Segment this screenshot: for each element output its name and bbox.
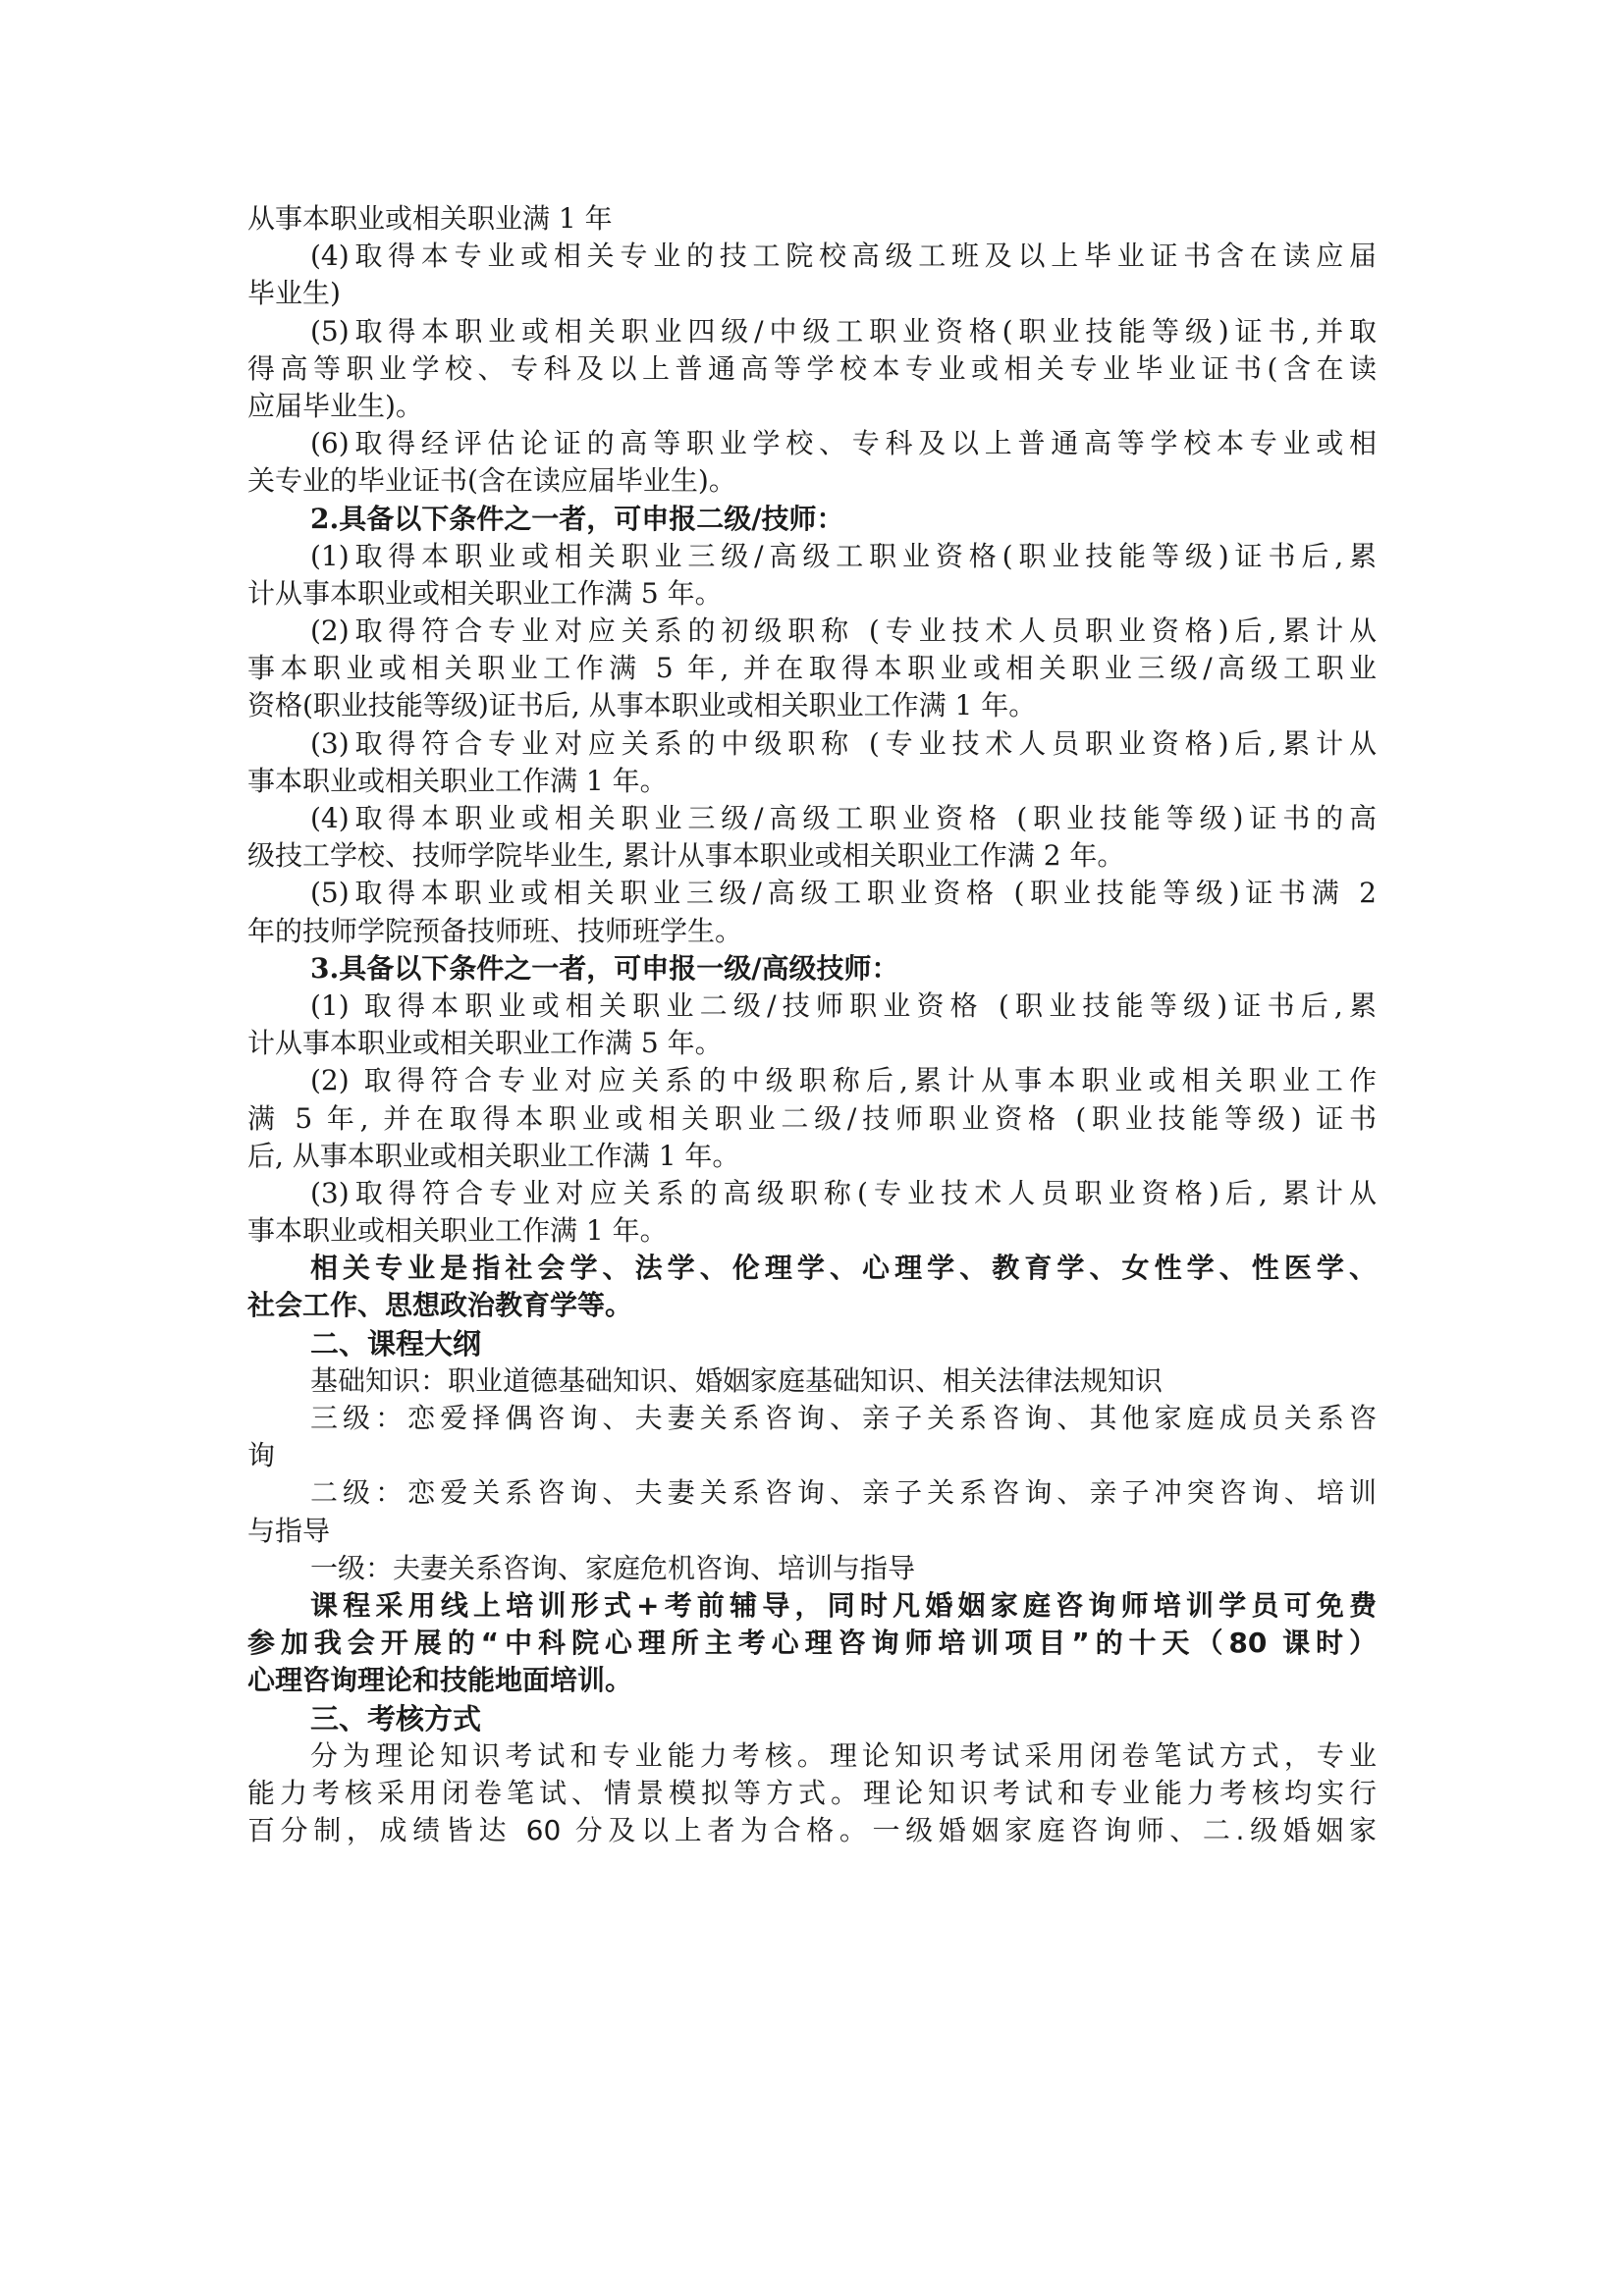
section-1-continued: 从事本职业或相关职业满 1 年 (4)取得本专业或相关专业的技工院校高级工班及以… (247, 200, 1377, 501)
text-line: (4)取得本专业或相关专业的技工院校高级工班及以上毕业证书含在读应届 (247, 238, 1377, 275)
text-line: 毕业生) (247, 275, 1377, 312)
section-heading: 二、课程大纲 (247, 1325, 1377, 1362)
text-line: 资格(职业技能等级)证书后, 从事本职业或相关职业工作满 1 年。 (247, 687, 1377, 724)
list-item: (3)取得符合专业对应关系的中级职称 (专业技术人员职业资格)后,累计从 事本职… (247, 725, 1377, 800)
course-outline-section: 二、课程大纲 基础知识：职业道德基础知识、婚姻家庭基础知识、相关法律法规知识 三… (247, 1325, 1377, 1700)
text-line: (4)取得本职业或相关职业三级/高级工职业资格 (职业技能等级)证书的高 (247, 800, 1377, 837)
list-item: (3)取得符合专业对应关系的高级职称(专业技术人员职业资格)后, 累计从 事本职… (247, 1175, 1377, 1250)
assessment-section: 三、考核方式 分为理论知识考试和专业能力考核。理论知识考试采用闭卷笔试方式，专业… (247, 1700, 1377, 1850)
level-1-paragraph: 一级：夫妻关系咨询、家庭危机咨询、培训与指导 (247, 1550, 1377, 1587)
text-line: 后, 从事本职业或相关职业工作满 1 年。 (247, 1138, 1377, 1175)
related-majors-paragraph: 相关专业是指社会学、法学、伦理学、心理学、教育学、女性学、性医学、 社会工作、思… (247, 1250, 1377, 1324)
text-line: 课程采用线上培训形式+考前辅导，同时凡婚姻家庭咨询师培训学员可免费 (247, 1587, 1377, 1625)
list-item: (4)取得本专业或相关专业的技工院校高级工班及以上毕业证书含在读应届 毕业生) (247, 238, 1377, 312)
text-line: 基础知识：职业道德基础知识、婚姻家庭基础知识、相关法律法规知识 (247, 1362, 1377, 1400)
text-line: 事本职业或相关职业工作满 5 年, 并在取得本职业或相关职业三级/高级工职业 (247, 650, 1377, 687)
text-line: 从事本职业或相关职业满 1 年 (247, 200, 1377, 238)
list-item: (2) 取得符合专业对应关系的中级职称后,累计从事本职业或相关职业工作 满 5 … (247, 1062, 1377, 1175)
text-line: (2) 取得符合专业对应关系的中级职称后,累计从事本职业或相关职业工作 (247, 1062, 1377, 1099)
text-line: 与指导 (247, 1513, 1377, 1550)
text-line: 级技工学校、技师学院毕业生, 累计从事本职业或相关职业工作满 2 年。 (247, 837, 1377, 875)
text-line: 应届毕业生)。 (247, 388, 1377, 425)
text-line: 事本职业或相关职业工作满 1 年。 (247, 763, 1377, 800)
document-page: 从事本职业或相关职业满 1 年 (4)取得本专业或相关专业的技工院校高级工班及以… (247, 200, 1377, 1849)
list-item: (1)取得本职业或相关职业三级/高级工职业资格(职业技能等级)证书后,累 计从事… (247, 538, 1377, 613)
text-line: 计从事本职业或相关职业工作满 5 年。 (247, 575, 1377, 613)
section-2-technician: 2.具备以下条件之一者，可申报二级/技师： (1)取得本职业或相关职业三级/高级… (247, 501, 1377, 950)
section-title: 2.具备以下条件之一者，可申报二级/技师： (247, 501, 1377, 538)
level-2-paragraph: 二级：恋爱关系咨询、夫妻关系咨询、亲子关系咨询、亲子冲突咨询、培训 与指导 (247, 1474, 1377, 1549)
list-item: (4)取得本职业或相关职业三级/高级工职业资格 (职业技能等级)证书的高 级技工… (247, 800, 1377, 875)
text-line: (5)取得本职业或相关职业四级/中级工职业资格(职业技能等级)证书,并取 (247, 313, 1377, 350)
text-line: (6)取得经评估论证的高等职业学校、专科及以上普通高等学校本专业或相 (247, 425, 1377, 462)
section-heading: 三、考核方式 (247, 1700, 1377, 1737)
text-line: (2)取得符合专业对应关系的初级职称 (专业技术人员职业资格)后,累计从 (247, 613, 1377, 650)
text-line: (1)取得本职业或相关职业三级/高级工职业资格(职业技能等级)证书后,累 (247, 538, 1377, 575)
text-line: 相关专业是指社会学、法学、伦理学、心理学、教育学、女性学、性医学、 (247, 1250, 1377, 1287)
list-item: (6)取得经评估论证的高等职业学校、专科及以上普通高等学校本专业或相 关专业的毕… (247, 425, 1377, 500)
text-line: 计从事本职业或相关职业工作满 5 年。 (247, 1025, 1377, 1062)
list-item: (2)取得符合专业对应关系的初级职称 (专业技术人员职业资格)后,累计从 事本职… (247, 613, 1377, 725)
text-line: 关专业的毕业证书(含在读应届毕业生)。 (247, 462, 1377, 500)
text-line: 得高等职业学校、专科及以上普通高等学校本专业或相关专业毕业证书(含在读 (247, 350, 1377, 388)
text-line: 满 5 年, 并在取得本职业或相关职业二级/技师职业资格 (职业技能等级) 证书 (247, 1100, 1377, 1138)
section-title: 3.具备以下条件之一者，可申报一级/高级技师： (247, 950, 1377, 988)
list-item: (1) 取得本职业或相关职业二级/技师职业资格 (职业技能等级)证书后,累 计从… (247, 988, 1377, 1062)
text-line: 询 (247, 1437, 1377, 1474)
text-line: 社会工作、思想政治教育学等。 (247, 1287, 1377, 1324)
training-note-paragraph: 课程采用线上培训形式+考前辅导，同时凡婚姻家庭咨询师培训学员可免费 参加我会开展… (247, 1587, 1377, 1700)
text-line: 百分制，成绩皆达 60 分及以上者为合格。一级婚姻家庭咨询师、二.级婚姻家 (247, 1812, 1377, 1849)
text-line: (5)取得本职业或相关职业三级/高级工职业资格 (职业技能等级)证书满 2 (247, 875, 1377, 912)
text-line: (1) 取得本职业或相关职业二级/技师职业资格 (职业技能等级)证书后,累 (247, 988, 1377, 1025)
section-3-senior-technician: 3.具备以下条件之一者，可申报一级/高级技师： (1) 取得本职业或相关职业二级… (247, 950, 1377, 1251)
text-line: 能力考核采用闭卷笔试、情景模拟等方式。理论知识考试和专业能力考核均实行 (247, 1775, 1377, 1812)
text-line: 心理咨询理论和技能地面培训。 (247, 1662, 1377, 1699)
list-item: (5)取得本职业或相关职业三级/高级工职业资格 (职业技能等级)证书满 2 年的… (247, 875, 1377, 949)
text-line: 一级：夫妻关系咨询、家庭危机咨询、培训与指导 (247, 1550, 1377, 1587)
text-line: 三级：恋爱择偶咨询、夫妻关系咨询、亲子关系咨询、其他家庭成员关系咨 (247, 1400, 1377, 1437)
text-line: 年的技师学院预备技师班、技师班学生。 (247, 913, 1377, 950)
text-line: (3)取得符合专业对应关系的中级职称 (专业技术人员职业资格)后,累计从 (247, 725, 1377, 763)
text-line: 事本职业或相关职业工作满 1 年。 (247, 1212, 1377, 1250)
level-3-paragraph: 三级：恋爱择偶咨询、夫妻关系咨询、亲子关系咨询、其他家庭成员关系咨 询 (247, 1400, 1377, 1474)
text-line: 分为理论知识考试和专业能力考核。理论知识考试采用闭卷笔试方式，专业 (247, 1737, 1377, 1775)
text-line: 二级：恋爱关系咨询、夫妻关系咨询、亲子关系咨询、亲子冲突咨询、培训 (247, 1474, 1377, 1512)
text-line: 参加我会开展的“中科院心理所主考心理咨询师培训项目”的十天（80 课时） (247, 1625, 1377, 1662)
list-item: (5)取得本职业或相关职业四级/中级工职业资格(职业技能等级)证书,并取 得高等… (247, 313, 1377, 426)
text-line: (3)取得符合专业对应关系的高级职称(专业技术人员职业资格)后, 累计从 (247, 1175, 1377, 1212)
